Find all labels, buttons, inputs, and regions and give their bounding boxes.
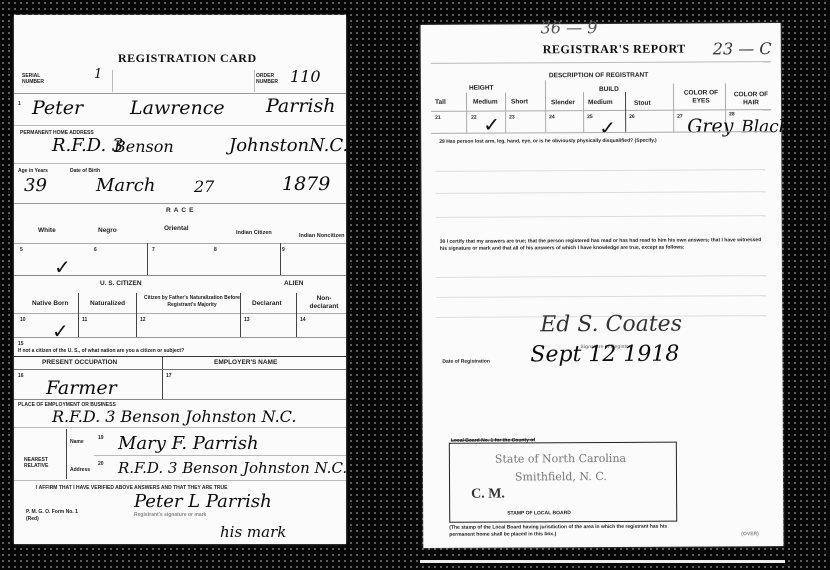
citizen-heading: U. S. CITIZEN [100,280,142,287]
not-citizen-question: If not a citizen of the U. S., of what n… [18,348,184,354]
dob-day: 27 [194,177,214,196]
relative-address-value: R.F.D. 3 Benson Johnston N.C. [118,459,347,477]
stamp-note: (The stamp of the Local Board having jur… [449,524,685,539]
middle-name: Lawrence [130,97,225,119]
last-name: Parrish [266,95,336,117]
eye-color-value: Grey [687,115,733,137]
stamp-caption: STAMP OF LOCAL BOARD [507,510,571,516]
stamp-initials: C. M. [471,487,505,503]
question-30: 30 I certify that my answers are true; t… [440,237,770,253]
registrars-report-back: 36 — 9 REGISTRAR'S REPORT 23 — C DESCRIP… [421,23,784,548]
address-county: Johnston [229,135,309,156]
registrant-signature: Peter L Parrish [134,491,272,512]
stamp-line-1: State of North Carolina [495,452,626,466]
corner-code: 23 — C [713,39,772,58]
date-label: Date of Registration [442,359,490,365]
height-heading: HEIGHT [469,85,494,92]
scan-edge [420,560,785,563]
build-medium-checkmark: ✓ [599,116,616,140]
stamp-numbers: 36 — 9 [541,18,598,37]
age-label: Age in Years [18,168,48,174]
relative-name-value: Mary F. Parrish [118,433,259,454]
employer-heading: EMPLOYER'S NAME [214,359,277,366]
serial-number-value: 1 [94,67,102,82]
dob-label: Date of Birth [70,168,100,174]
order-number-label: ORDER NUMBER [256,73,284,85]
signature-note: Registrant's signature or mark [134,512,206,518]
report-title: REGISTRAR'S REPORT [543,42,686,58]
occupation-value: Farmer [46,377,117,399]
question-29: 29 Has person lost arm, leg, hand, eye, … [439,137,769,146]
address-city: Benson [114,137,174,156]
form-id: P. M. G. O. Form No. 1 (Red) [26,509,86,523]
native-born-checkmark: ✓ [52,319,69,343]
footer-code: (OVER) [741,531,759,537]
age-value: 39 [24,175,47,196]
occupation-heading: PRESENT OCCUPATION [42,359,117,366]
hair-color-value: Black [741,117,789,137]
registrar-signature: Ed S. Coates [540,312,682,338]
card-title: REGISTRATION CARD [118,51,257,66]
dob-year: 1879 [282,173,330,195]
nearest-relative-label: NEAREST RELATIVE [24,457,64,469]
stamp-line-2: Smithfield, N. C. [515,470,607,483]
build-heading: BUILD [599,86,619,93]
address-street: R.F.D. 3 [52,135,123,156]
serial-number-label: SERIAL NUMBER [22,73,52,85]
employment-place-value: R.F.D. 3 Benson Johnston N.C. [52,407,296,426]
first-name: Peter [32,97,83,119]
date-value: Sept 12 1918 [530,342,679,368]
alien-heading: ALIEN [284,280,304,287]
order-number-value: 110 [290,67,321,86]
signature-mark: his mark [220,523,286,541]
address-state: N.C. [309,135,348,156]
description-heading: DESCRIPTION OF REGISTRANT [549,72,648,80]
dob-month: March [96,175,155,196]
registration-card-front: REGISTRATION CARD SERIAL NUMBER 1 ORDER … [14,15,346,544]
race-heading: RACE [166,207,196,214]
